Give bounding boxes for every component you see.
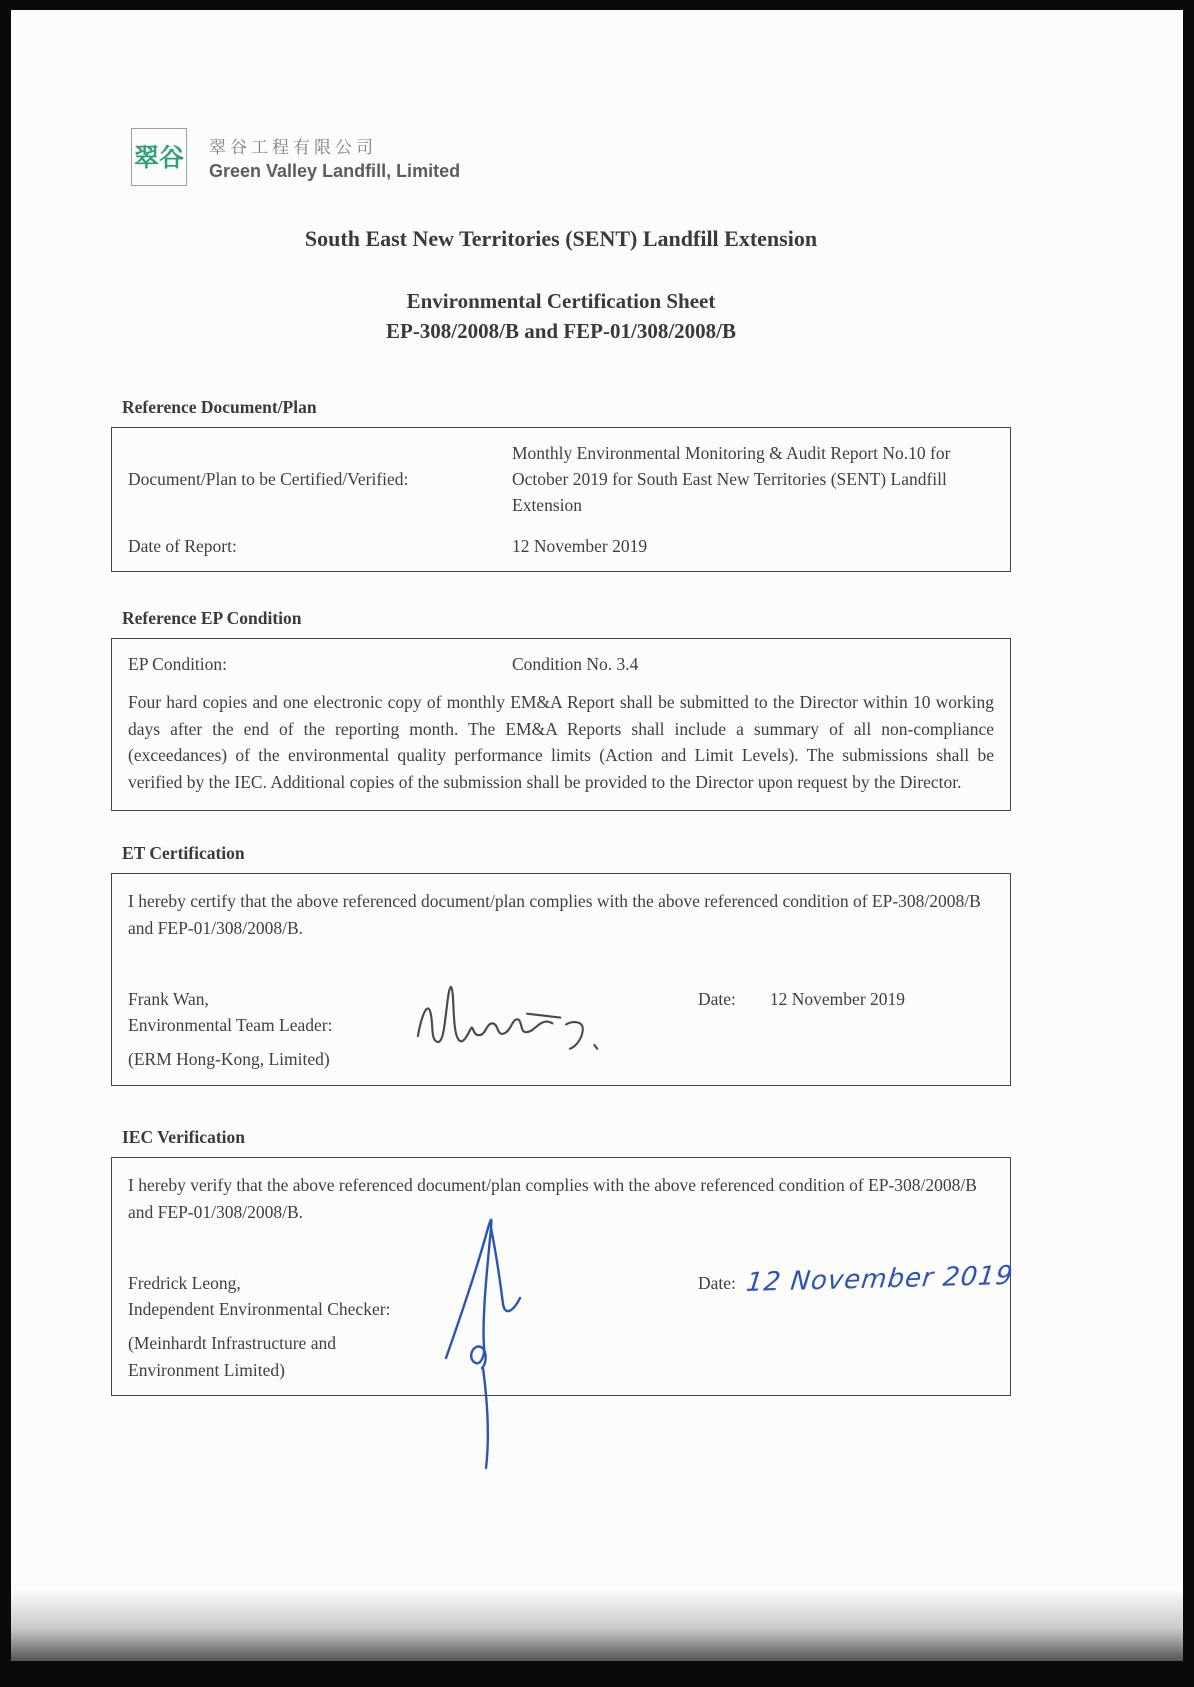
et-date-value: 12 November 2019 <box>770 986 905 1012</box>
permit-numbers: EP-308/2008/B and FEP-01/308/2008/B <box>111 316 1011 346</box>
et-certification-heading: ET Certification <box>122 843 1011 864</box>
iec-date-label: Date: <box>698 1270 736 1296</box>
iec-signature-row: Fredrick Leong, Independent Environmenta… <box>128 1270 994 1383</box>
iec-verification-box: I hereby verify that the above reference… <box>111 1157 1011 1396</box>
reference-ep-condition-heading: Reference EP Condition <box>122 608 1011 629</box>
et-certification-box: I hereby certify that the above referenc… <box>111 873 1011 1086</box>
iec-signature <box>434 1206 534 1471</box>
iec-handwritten-date: 12 November 2019 <box>744 1257 1015 1303</box>
document-plan-label: Document/Plan to be Certified/Verified: <box>128 466 512 492</box>
date-of-report-row: Date of Report: 12 November 2019 <box>128 533 994 559</box>
iec-date-area: Date: 12 November 2019 <box>698 1270 1011 1303</box>
company-name-english: Green Valley Landfill, Limited <box>209 161 460 182</box>
company-names: 翠谷工程有限公司 Green Valley Landfill, Limited <box>209 133 460 182</box>
document-title: Environmental Certification Sheet <box>111 286 1011 316</box>
ep-condition-description: Four hard copies and one electronic copy… <box>128 689 994 795</box>
et-signer-title: Environmental Team Leader: <box>128 1012 448 1038</box>
et-date-area: Date: 12 November 2019 <box>698 986 994 1012</box>
company-seal-icon: 翠谷 <box>131 128 187 186</box>
et-date-label: Date: <box>698 986 736 1012</box>
document-plan-row: Document/Plan to be Certified/Verified: … <box>128 440 994 519</box>
ep-condition-value: Condition No. 3.4 <box>512 651 994 677</box>
et-signer-block: Frank Wan, Environmental Team Leader: (E… <box>128 986 448 1073</box>
reference-document-heading: Reference Document/Plan <box>122 397 1011 418</box>
date-of-report-label: Date of Report: <box>128 533 512 559</box>
et-signature <box>412 970 607 1070</box>
scan-bottom-shadow <box>11 1589 1183 1661</box>
et-signer-company: (ERM Hong-Kong, Limited) <box>128 1046 448 1072</box>
seal-characters: 翠谷 <box>134 145 184 170</box>
iec-signer-company: (Meinhardt Infrastructure and Environmen… <box>128 1330 448 1383</box>
date-of-report-value: 12 November 2019 <box>512 533 994 559</box>
ep-condition-label: EP Condition: <box>128 651 512 677</box>
iec-verification-statement: I hereby verify that the above reference… <box>128 1172 994 1226</box>
project-title: South East New Territories (SENT) Landfi… <box>111 226 1011 252</box>
document-title-block: Environmental Certification Sheet EP-308… <box>111 286 1011 347</box>
iec-verification-heading: IEC Verification <box>122 1127 1011 1148</box>
iec-signer-title: Independent Environmental Checker: <box>128 1296 448 1322</box>
ep-condition-box: EP Condition: Condition No. 3.4 Four har… <box>111 638 1011 811</box>
document-page: 翠谷 翠谷工程有限公司 Green Valley Landfill, Limit… <box>11 10 1183 1661</box>
iec-signer-name: Fredrick Leong, <box>128 1270 448 1296</box>
company-logo: 翠谷 翠谷工程有限公司 Green Valley Landfill, Limit… <box>131 128 1183 186</box>
iec-signer-block: Fredrick Leong, Independent Environmenta… <box>128 1270 448 1383</box>
reference-document-box: Document/Plan to be Certified/Verified: … <box>111 427 1011 572</box>
document-plan-value: Monthly Environmental Monitoring & Audit… <box>512 440 994 519</box>
ep-condition-row: EP Condition: Condition No. 3.4 <box>128 651 994 677</box>
et-certification-statement: I hereby certify that the above referenc… <box>128 888 994 942</box>
document-content: South East New Territories (SENT) Landfi… <box>111 226 1011 1396</box>
et-signer-name: Frank Wan, <box>128 986 448 1012</box>
company-name-chinese: 翠谷工程有限公司 <box>209 133 460 158</box>
